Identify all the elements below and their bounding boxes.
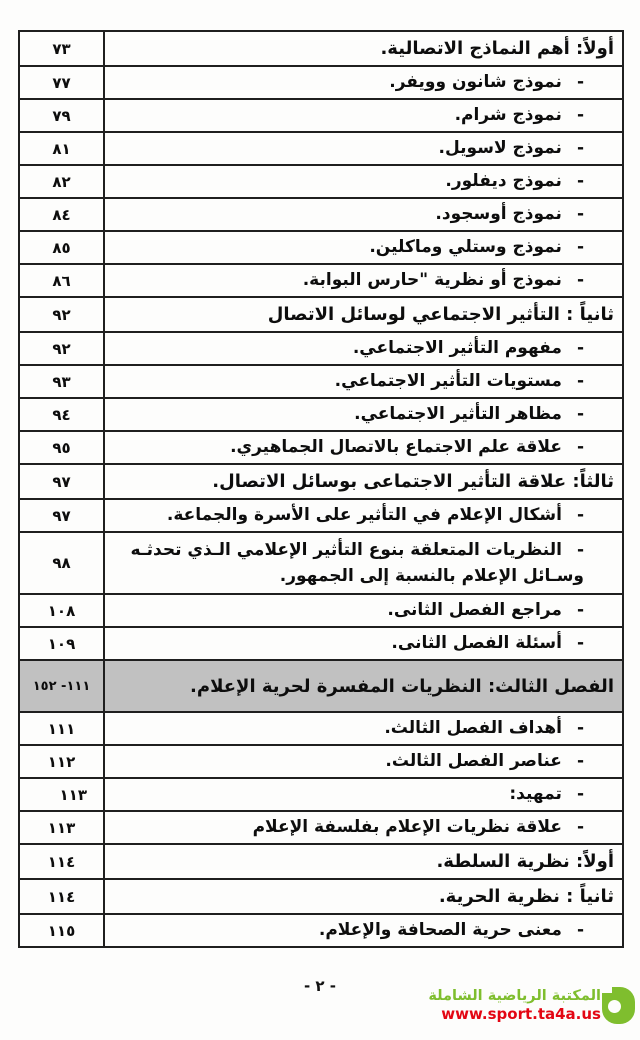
item-dash: - bbox=[577, 918, 584, 944]
toc-section-title: ثانياً : نظرية الحرية. bbox=[104, 879, 623, 914]
page-number-cell: ٩٧ bbox=[19, 499, 104, 532]
item-dash: - bbox=[577, 103, 584, 129]
page-number-cell: ١١٣ bbox=[19, 811, 104, 844]
toc-title-cell: -أسئلة الفصل الثانى. bbox=[104, 627, 623, 660]
toc-table: أولاً: أهم النماذج الاتصالية.٧٣-نموذج شا… bbox=[18, 30, 624, 948]
toc-title-cell: -علاقة علم الاجتماع بالاتصال الجماهيري. bbox=[104, 431, 623, 464]
toc-title: مفهوم التأثير الاجتماعي. bbox=[353, 338, 562, 358]
page-number-cell: ١١٤ bbox=[19, 879, 104, 914]
toc-title: مراجع الفصل الثانى. bbox=[387, 600, 562, 620]
item-dash: - bbox=[577, 136, 584, 162]
toc-title-cell: -نموذج أوسجود. bbox=[104, 198, 623, 231]
toc-title-cell: -معنى حرية الصحافة والإعلام. bbox=[104, 914, 623, 947]
toc-section-title: الفصل الثالث: النظريات المفسرة لحرية الإ… bbox=[104, 660, 623, 712]
toc-title: نموذج شرام. bbox=[455, 105, 562, 125]
toc-row: ثالثاً: علاقة التأثير الاجتماعى بوسائل ا… bbox=[19, 464, 623, 499]
page-number-cell: ١١٣ bbox=[19, 778, 104, 811]
page-number-cell: ١١١ bbox=[19, 712, 104, 745]
toc-section-title: أولاً: أهم النماذج الاتصالية. bbox=[104, 31, 623, 66]
item-dash: - bbox=[577, 202, 584, 228]
page-number-cell: ٩٧ bbox=[19, 464, 104, 499]
toc-title: علاقة علم الاجتماع بالاتصال الجماهيري. bbox=[230, 437, 562, 457]
item-dash: - bbox=[577, 503, 584, 529]
page-number-cell: ١١٤ bbox=[19, 844, 104, 879]
page-number-cell: ١٠٨ bbox=[19, 594, 104, 627]
toc-row: -نموذج ديفلور.٨٢ bbox=[19, 165, 623, 198]
toc-row: -علاقة علم الاجتماع بالاتصال الجماهيري.٩… bbox=[19, 431, 623, 464]
toc-title-cell: -أشكال الإعلام في التأثير على الأسرة وال… bbox=[104, 499, 623, 532]
page-number-cell: ١١٢ bbox=[19, 745, 104, 778]
item-dash: - bbox=[577, 369, 584, 395]
toc-row: -النظريات المتعلقة بنوع التأثير الإعلامي… bbox=[19, 532, 623, 594]
page-number-cell: ٨٦ bbox=[19, 264, 104, 297]
toc-row: -مراجع الفصل الثانى.١٠٨ bbox=[19, 594, 623, 627]
page-number-cell: ٩٣ bbox=[19, 365, 104, 398]
toc-row: -عناصر الفصل الثالث.١١٢ bbox=[19, 745, 623, 778]
watermark-title: المكتبة الرياضية الشاملة bbox=[428, 987, 601, 1005]
item-dash: - bbox=[577, 815, 584, 841]
toc-title: أشكال الإعلام في التأثير على الأسرة والج… bbox=[167, 505, 562, 525]
item-dash: - bbox=[577, 336, 584, 362]
toc-row: -تمهيد:١١٣ bbox=[19, 778, 623, 811]
page-number-cell: ٩٤ bbox=[19, 398, 104, 431]
page-number-cell: ٨٥ bbox=[19, 231, 104, 264]
page-number-cell: ١٠٩ bbox=[19, 627, 104, 660]
toc-section-title: ثالثاً: علاقة التأثير الاجتماعى بوسائل ا… bbox=[104, 464, 623, 499]
page-number-cell: ٧٧ bbox=[19, 66, 104, 99]
toc-row: -معنى حرية الصحافة والإعلام.١١٥ bbox=[19, 914, 623, 947]
page-number-cell: ٨٢ bbox=[19, 165, 104, 198]
toc-row: ثانياً : نظرية الحرية.١١٤ bbox=[19, 879, 623, 914]
toc-title: مظاهر التأثير الاجتماعي. bbox=[354, 404, 562, 424]
page-number-cell: ٨٤ bbox=[19, 198, 104, 231]
item-dash: - bbox=[577, 402, 584, 428]
toc-title-cell: -مظاهر التأثير الاجتماعي. bbox=[104, 398, 623, 431]
toc-row: -أشكال الإعلام في التأثير على الأسرة وال… bbox=[19, 499, 623, 532]
toc-section-title: ثانياً : التأثير الاجتماعي لوسائل الاتصا… bbox=[104, 297, 623, 332]
page-number-cell: ٩٨ bbox=[19, 532, 104, 594]
item-dash: - bbox=[577, 268, 584, 294]
item-dash: - bbox=[577, 782, 584, 808]
toc-title: النظريات المتعلقة بنوع التأثير الإعلامي … bbox=[131, 540, 584, 586]
toc-title: أهداف الفصل الثالث. bbox=[384, 718, 562, 738]
page-number-cell: ٨١ bbox=[19, 132, 104, 165]
toc-title: نموذج شانون وويفر. bbox=[389, 72, 562, 92]
toc-title-cell: -تمهيد: bbox=[104, 778, 623, 811]
toc-row: -نموذج لاسويل.٨١ bbox=[19, 132, 623, 165]
page-number-cell: ٩٢ bbox=[19, 297, 104, 332]
page-number-cell: ٩٢ bbox=[19, 332, 104, 365]
toc-section-title: أولاً: نظرية السلطة. bbox=[104, 844, 623, 879]
item-dash: - bbox=[577, 169, 584, 195]
toc-title: تمهيد: bbox=[509, 784, 562, 804]
item-dash: - bbox=[577, 537, 584, 563]
toc-title-cell: -أهداف الفصل الثالث. bbox=[104, 712, 623, 745]
toc-row: -نموذج أوسجود.٨٤ bbox=[19, 198, 623, 231]
toc-title: نموذج لاسويل. bbox=[439, 138, 562, 158]
toc-title-cell: -نموذج لاسويل. bbox=[104, 132, 623, 165]
toc-row: -نموذج وستلي وماكلين.٨٥ bbox=[19, 231, 623, 264]
item-dash: - bbox=[577, 235, 584, 261]
toc-row: الفصل الثالث: النظريات المفسرة لحرية الإ… bbox=[19, 660, 623, 712]
item-dash: - bbox=[577, 631, 584, 657]
toc-title-cell: -مفهوم التأثير الاجتماعي. bbox=[104, 332, 623, 365]
watermark: المكتبة الرياضية الشاملة www.sport.ta4a.… bbox=[428, 987, 635, 1024]
page-number-cell: ٩٥ bbox=[19, 431, 104, 464]
toc-row: أولاً: نظرية السلطة.١١٤ bbox=[19, 844, 623, 879]
item-dash: - bbox=[577, 70, 584, 96]
item-dash: - bbox=[577, 598, 584, 624]
toc-title: نموذج أوسجود. bbox=[435, 204, 562, 224]
toc-row: -مفهوم التأثير الاجتماعي.٩٢ bbox=[19, 332, 623, 365]
toc-title-cell: -مستويات التأثير الاجتماعي. bbox=[104, 365, 623, 398]
toc-title-cell: -نموذج شرام. bbox=[104, 99, 623, 132]
toc-title-cell: -علاقة نظريات الإعلام بفلسفة الإعلام bbox=[104, 811, 623, 844]
document-page: أولاً: أهم النماذج الاتصالية.٧٣-نموذج شا… bbox=[0, 0, 640, 1040]
toc-title: مستويات التأثير الاجتماعي. bbox=[335, 371, 562, 391]
toc-row: ثانياً : التأثير الاجتماعي لوسائل الاتصا… bbox=[19, 297, 623, 332]
toc-row: -مستويات التأثير الاجتماعي.٩٣ bbox=[19, 365, 623, 398]
toc-row: -نموذج أو نظرية "حارس البوابة.٨٦ bbox=[19, 264, 623, 297]
page-number-cell: ٧٣ bbox=[19, 31, 104, 66]
toc-row: -أسئلة الفصل الثانى.١٠٩ bbox=[19, 627, 623, 660]
toc-row: -نموذج شانون وويفر.٧٧ bbox=[19, 66, 623, 99]
toc-title-cell: -نموذج أو نظرية "حارس البوابة. bbox=[104, 264, 623, 297]
toc-title-cell: -مراجع الفصل الثانى. bbox=[104, 594, 623, 627]
toc-row: أولاً: أهم النماذج الاتصالية.٧٣ bbox=[19, 31, 623, 66]
toc-title: نموذج وستلي وماكلين. bbox=[369, 237, 562, 257]
watermark-url: www.sport.ta4a.us bbox=[428, 1005, 601, 1024]
toc-row: -نموذج شرام.٧٩ bbox=[19, 99, 623, 132]
toc-title-cell: -النظريات المتعلقة بنوع التأثير الإعلامي… bbox=[104, 532, 623, 594]
toc-title-cell: -نموذج ديفلور. bbox=[104, 165, 623, 198]
toc-title: نموذج أو نظرية "حارس البوابة. bbox=[303, 270, 562, 290]
page-number-cell: ١١١- ١٥٢ bbox=[19, 660, 104, 712]
item-dash: - bbox=[577, 435, 584, 461]
page-number-cell: ٧٩ bbox=[19, 99, 104, 132]
toc-row: -أهداف الفصل الثالث.١١١ bbox=[19, 712, 623, 745]
toc-title-cell: -عناصر الفصل الثالث. bbox=[104, 745, 623, 778]
toc-title: معنى حرية الصحافة والإعلام. bbox=[319, 920, 562, 940]
watermark-text: المكتبة الرياضية الشاملة www.sport.ta4a.… bbox=[428, 987, 601, 1024]
toc-title: علاقة نظريات الإعلام بفلسفة الإعلام bbox=[253, 817, 562, 837]
watermark-logo-icon bbox=[602, 987, 635, 1024]
toc-title-cell: -نموذج وستلي وماكلين. bbox=[104, 231, 623, 264]
toc-title: عناصر الفصل الثالث. bbox=[385, 751, 562, 771]
toc-title-cell: -نموذج شانون وويفر. bbox=[104, 66, 623, 99]
page-number-cell: ١١٥ bbox=[19, 914, 104, 947]
toc-row: -مظاهر التأثير الاجتماعي.٩٤ bbox=[19, 398, 623, 431]
toc-title: نموذج ديفلور. bbox=[445, 171, 562, 191]
item-dash: - bbox=[577, 716, 584, 742]
item-dash: - bbox=[577, 749, 584, 775]
toc-title: أسئلة الفصل الثانى. bbox=[391, 633, 562, 653]
toc-row: -علاقة نظريات الإعلام بفلسفة الإعلام١١٣ bbox=[19, 811, 623, 844]
